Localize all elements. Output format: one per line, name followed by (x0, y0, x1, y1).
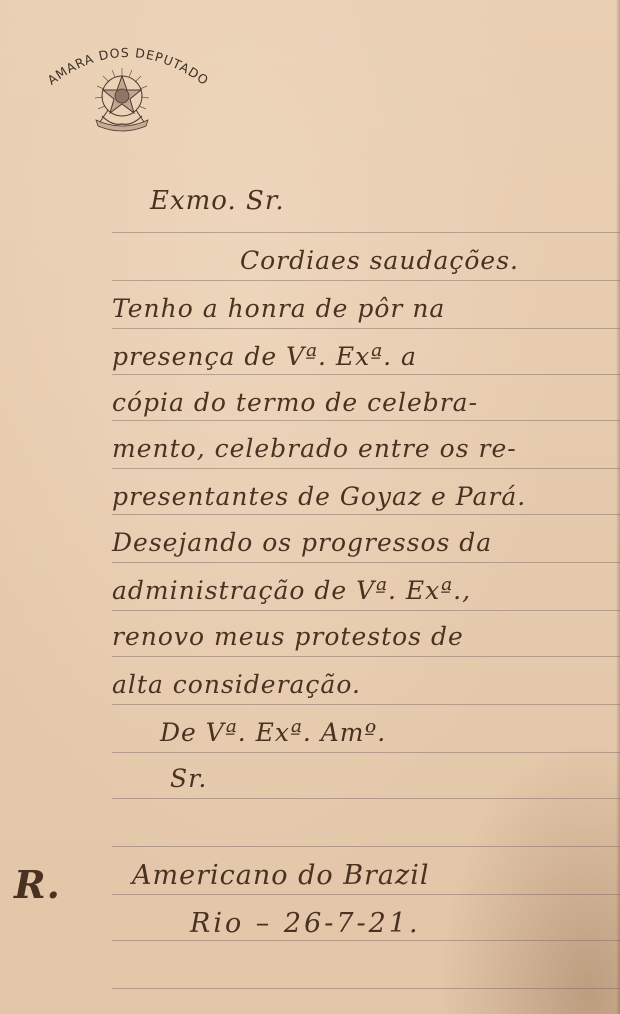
marginal-mark: R. (14, 862, 61, 907)
letter-page: CAMARA DOS DEPUTADOS (0, 0, 620, 1014)
ruled-line (112, 468, 620, 469)
body-line: mento, celebrado entre os re- (112, 434, 517, 463)
signature: Americano do Brazil (132, 860, 430, 891)
closing-line: Sr. (170, 764, 207, 793)
ruled-line (112, 704, 620, 705)
salutation: Exmo. Sr. (150, 186, 285, 216)
date-line: Rio – 26-7-21. (190, 908, 421, 939)
body-line: Tenho a honra de pôr na (112, 294, 445, 323)
body-line: alta consideração. (112, 670, 361, 699)
ruled-line (112, 562, 620, 563)
body-line: cópia do termo de celebra- (112, 388, 478, 417)
ruled-line (112, 610, 620, 611)
ruled-line (112, 374, 620, 375)
letterhead: CAMARA DOS DEPUTADOS (36, 36, 226, 146)
ruled-line (112, 232, 620, 233)
paper-edge-shadow (616, 0, 620, 1014)
ruled-line (112, 940, 620, 941)
ruled-line (112, 420, 620, 421)
closing-line: De Vª. Exª. Amº. (160, 718, 386, 747)
ruled-line (112, 514, 620, 515)
body-line: presença de Vª. Exª. a (112, 342, 417, 371)
body-line: Desejando os progressos da (112, 528, 492, 557)
brazil-coat-of-arms-icon (36, 36, 226, 146)
ruled-line (112, 894, 620, 895)
ruled-line (112, 988, 620, 989)
body-line: presentantes de Goyaz e Pará. (112, 482, 526, 511)
body-line: administração de Vª. Exª., (112, 576, 471, 605)
ruled-line (112, 280, 620, 281)
ruled-line (112, 328, 620, 329)
ruled-line (112, 752, 620, 753)
body-line: Cordiaes saudações. (240, 246, 519, 275)
ruled-line (112, 656, 620, 657)
body-line: renovo meus protestos de (112, 622, 464, 651)
ruled-line (112, 798, 620, 799)
ruled-line (112, 846, 620, 847)
